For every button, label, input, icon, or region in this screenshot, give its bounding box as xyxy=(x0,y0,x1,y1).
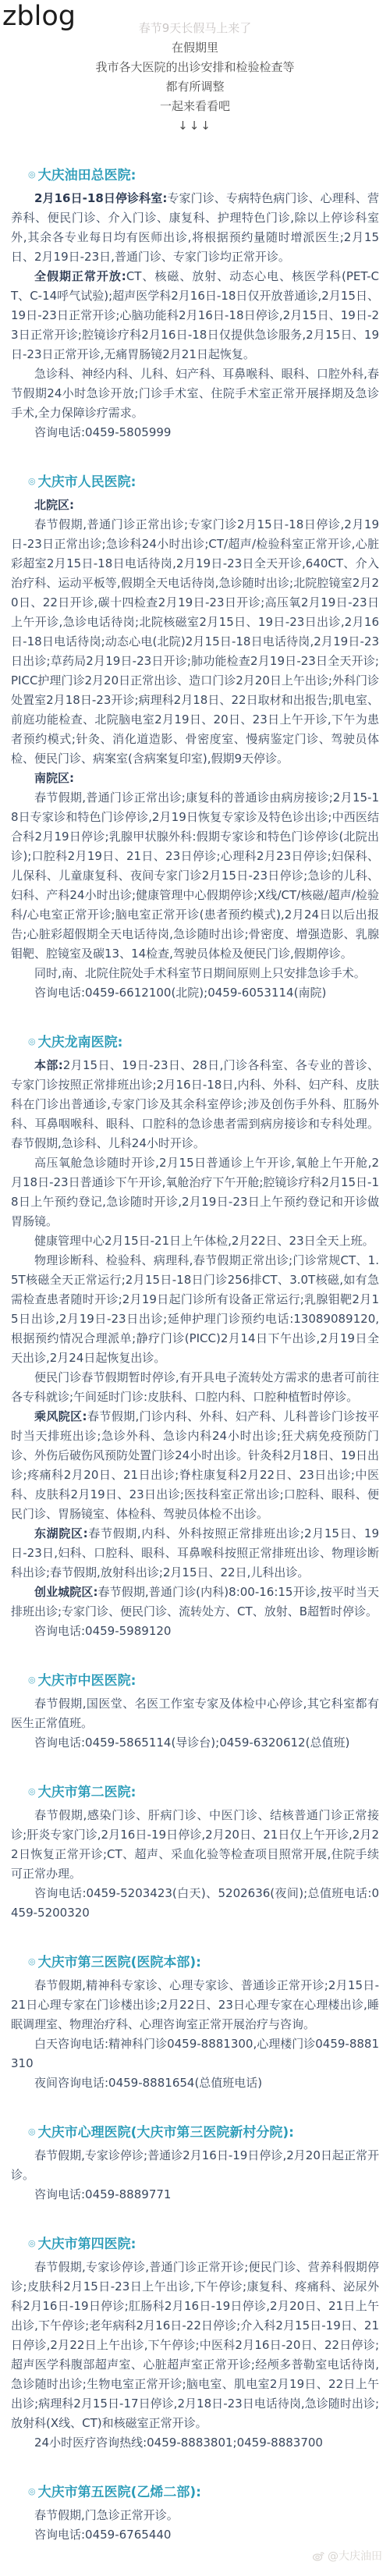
paragraph-text: 咨询电话:0459-6612100(北院);0459-6053114(南院) xyxy=(34,986,326,1000)
paragraph: 北院区: xyxy=(11,496,379,515)
paragraph: 春节假期,精神科专家诊、心理专家诊、普通诊正常开诊;2月15日-21日心理专家在… xyxy=(11,1976,379,2034)
hospital-section-title: ◎大庆市心理医院(大庆市第三医院新村分院): xyxy=(28,2121,379,2144)
paragraph: 咨询电话:0459-5865114(导诊台);0459-6320612(总值班) xyxy=(11,1733,379,1753)
paragraph: 南院区: xyxy=(11,769,379,788)
paragraph-text: 咨询电话:0459-5805999 xyxy=(34,425,171,439)
hospital-section: ◎大庆市第三医院(医院本部):春节假期,精神科专家诊、心理专家诊、普通诊正常开诊… xyxy=(11,1951,379,2093)
paragraph-text: 春节假期,专家诊停诊;普通诊2月16日-19日停诊,2月20日起正常开诊。 xyxy=(11,2148,379,2182)
paragraph: 物理诊断科、检验科、病理科,春节假期正常出诊;门诊常规CT、1.5T核磁全天正常… xyxy=(11,1251,379,1368)
hospital-section: ◎大庆市第四医院:春节假期,专家诊停诊,普通门诊正常开诊;便民门诊、营养科假期停… xyxy=(11,2233,379,2453)
intro-line: 我市各大医院的出诊安排和检验检查等 xyxy=(0,58,390,77)
paragraph-text: 健康管理中心2月15日-21日上午体检,2月22日、23日全天上班。 xyxy=(34,1234,374,1248)
paragraph: 乘风院区:春节假期,门诊内科、外科、妇产科、儿科普诊门诊按平时当天排班出诊;急诊… xyxy=(11,1407,379,1524)
paragraph: 春节假期,门急诊正常开诊。 xyxy=(11,2506,379,2525)
section-bullet-icon: ◎ xyxy=(28,2127,36,2137)
intro-line: 在假期里 xyxy=(0,38,390,58)
paragraph-text: 高压氧舱急诊随时开诊,2月15日普通诊上午开诊,氧舱上午开舱,2月18日-23日… xyxy=(11,1156,379,1228)
paragraph: 高压氧舱急诊随时开诊,2月15日普通诊上午开诊,氧舱上午开舱,2月18日-23日… xyxy=(11,1153,379,1231)
paragraph-text: 春节假期,精神科专家诊、心理专家诊、普通诊正常开诊;2月15日-21日心理专家在… xyxy=(11,1978,379,2031)
paragraph: 春节假期,普通门诊正常出诊;康复科的普通诊由病房接诊;2月15-18日专家诊和特… xyxy=(11,788,379,964)
paragraph-lead: 2月16日-18日停诊科室: xyxy=(34,191,167,205)
paragraph-text: 春节假期,门诊内科、外科、妇产科、儿科普诊门诊按平时当天排班出诊;急诊外科、急诊… xyxy=(11,1409,379,1521)
intro-lines: 在假期里我市各大医院的出诊安排和检验检查等都有所调整一起来看看吧 xyxy=(0,38,390,116)
paragraph-lead: 全假期正常开放: xyxy=(34,269,126,283)
paragraph: 咨询电话:0459-5203423(白天)、5202636(夜间);总值班电话:… xyxy=(11,1884,379,1923)
paragraph-text: 同时,南、北院住院处手术科室节日期间原则上只安排急诊手术。 xyxy=(34,966,366,980)
paragraph-text: 便民门诊春节假期暂时停诊,有开具电子流转处方需求的患者可前往各专科就诊;午间延时… xyxy=(11,1370,379,1404)
paragraph: 2月16日-18日停诊科室:专家门诊、专病特色病门诊、心理科、营养科、便民门诊、… xyxy=(11,189,379,267)
watermark-credit-text: @大庆油田 xyxy=(328,2548,382,2564)
paragraph-lead: 创业城院区: xyxy=(34,1585,97,1599)
hospital-section-title: ◎大庆油田总医院: xyxy=(28,164,379,187)
paragraph-text: 夜间咨询电话:0459-8881654(总值班电话) xyxy=(34,2076,262,2090)
hospital-section: ◎大庆市人民医院:北院区:春节假期,普通门诊正常出诊;专家门诊2月15日-18日… xyxy=(11,471,379,1003)
paragraph: 春节假期,普通门诊正常出诊;专家门诊2月15日-18日停诊,2月19日-23日正… xyxy=(11,515,379,769)
paragraph: 咨询电话:0459-5805999 xyxy=(11,423,379,442)
paragraph-text: 春节假期,普通门诊正常出诊;专家门诊2月15日-18日停诊,2月19日-23日正… xyxy=(11,517,379,766)
paragraph-text: 春节假期,门急诊正常开诊。 xyxy=(34,2508,179,2522)
paragraph-text: 咨询电话:0459-5203423(白天)、5202636(夜间);总值班电话:… xyxy=(11,1886,379,1920)
hospital-section: ◎大庆市第二医院:春节假期,感染门诊、肝病门诊、中医门诊、结核普通门诊正常接诊;… xyxy=(11,1781,379,1923)
paragraph-lead: 南院区: xyxy=(34,771,74,785)
intro-line: 一起来看看吧 xyxy=(0,97,390,116)
watermark-credit: @大庆油田 xyxy=(312,2548,382,2564)
paragraph-text: 春节假期,国医堂、名医工作室专家及体检中心停诊,其它科室都有医生正常值班。 xyxy=(11,1697,379,1730)
paragraph-text: 白天咨询电话:精神科门诊0459-8881300,心理楼门诊0459-88813… xyxy=(11,2037,379,2070)
section-bullet-icon: ◎ xyxy=(28,1675,36,1685)
hospital-section-title: ◎大庆市第五医院(乙烯二部): xyxy=(28,2481,379,2503)
hospital-name: 大庆市心理医院(大庆市第三医院新村分院): xyxy=(38,2125,294,2141)
paragraph: 东湖院区:春节假期,内科、外科按照正常排班出诊;2月15日、19日-23日,妇科… xyxy=(11,1524,379,1583)
paragraph: 便民门诊春节假期暂时停诊,有开具电子流转处方需求的患者可前往各专科就诊;午间延时… xyxy=(11,1368,379,1407)
paragraph: 本部:2月15日、19日-23日、28日,门诊各科室、各专业的普诊、专家门诊按照… xyxy=(11,1056,379,1153)
paragraph-text: 咨询电话:0459-6765440 xyxy=(34,2528,171,2542)
paragraph-text: 咨询电话:0459-5865114(导诊台);0459-6320612(总值班) xyxy=(34,1736,349,1750)
paragraph-text: 2月15日、19日-23日、28日,门诊各科室、各专业的普诊、专家门诊按照正常排… xyxy=(11,1058,379,1150)
zblog-logo: zblog xyxy=(2,2,76,32)
hospital-name: 大庆市第五医院(乙烯二部): xyxy=(38,2485,201,2500)
paragraph-lead: 北院区: xyxy=(34,498,74,512)
section-bullet-icon: ◎ xyxy=(28,1036,36,1046)
section-bullet-icon: ◎ xyxy=(28,169,36,179)
hospital-section-title: ◎大庆市第四医院: xyxy=(28,2233,379,2255)
hospital-section: ◎大庆龙南医院:本部:2月15日、19日-23日、28日,门诊各科室、各专业的普… xyxy=(11,1031,379,1641)
intro-line: 都有所调整 xyxy=(0,77,390,97)
paragraph-lead: 本部: xyxy=(34,1058,63,1072)
paragraph: 健康管理中心2月15日-21日上午体检,2月22日、23日全天上班。 xyxy=(11,1231,379,1251)
hospital-name: 大庆市第四医院: xyxy=(38,2237,136,2252)
hospital-section-title: ◎大庆市第二医院: xyxy=(28,1781,379,1803)
hospital-name: 大庆市第三医院(医院本部): xyxy=(38,1955,201,1970)
paragraph-text: 春节假期,专家诊停诊,普通门诊正常开诊;便民门诊、营养科假期停诊;皮肤科2月15… xyxy=(11,2260,379,2430)
paragraph-lead: 东湖院区: xyxy=(34,1526,88,1540)
paragraph: 白天咨询电话:精神科门诊0459-8881300,心理楼门诊0459-88813… xyxy=(11,2034,379,2073)
weibo-logo-icon xyxy=(312,2550,324,2561)
section-bullet-icon: ◎ xyxy=(28,2238,36,2248)
paragraph-text: 物理诊断科、检验科、病理科,春节假期正常出诊;门诊常规CT、1.5T核磁全天正常… xyxy=(11,1253,379,1365)
section-bullet-icon: ◎ xyxy=(28,1956,36,1967)
paragraph-text: 咨询电话:0459-8889771 xyxy=(34,2187,171,2201)
paragraph: 春节假期,感染门诊、肝病门诊、中医门诊、结核普通门诊正常接诊;肝炎专家门诊,2月… xyxy=(11,1806,379,1884)
paragraph: 春节假期,专家诊停诊,普通门诊正常开诊;便民门诊、营养科假期停诊;皮肤科2月15… xyxy=(11,2258,379,2433)
hospital-section: ◎大庆油田总医院:2月16日-18日停诊科室:专家门诊、专病特色病门诊、心理科、… xyxy=(11,164,379,442)
paragraph-text: 24小时医疗咨询热线:0459-8883801;0459-8883700 xyxy=(34,2436,323,2450)
paragraph: 夜间咨询电话:0459-8881654(总值班电话) xyxy=(11,2073,379,2093)
paragraph: 咨询电话:0459-6765440 xyxy=(11,2525,379,2545)
paragraph: 咨询电话:0459-6612100(北院);0459-6053114(南院) xyxy=(11,983,379,1003)
paragraph: 24小时医疗咨询热线:0459-8883801;0459-8883700 xyxy=(11,2433,379,2453)
paragraph-text: 急诊科、神经内科、儿科、妇产科、耳鼻喉科、眼科、口腔外科,春节假期24小时急诊开… xyxy=(11,367,379,420)
hospital-section-title: ◎大庆市中医医院: xyxy=(28,1669,379,1692)
paragraph: 春节假期,专家诊停诊;普通诊2月16日-19日停诊,2月20日起正常开诊。 xyxy=(11,2146,379,2185)
hospital-section: ◎大庆市第五医院(乙烯二部):春节假期,门急诊正常开诊。咨询电话:0459-67… xyxy=(11,2481,379,2545)
paragraph: 全假期正常开放:CT、核磁、放射、动态心电、核医学科(PET-CT、C-14呼气… xyxy=(11,267,379,364)
paragraph: 咨询电话:0459-8889771 xyxy=(11,2185,379,2205)
paragraph: 同时,南、北院住院处手术科室节日期间原则上只安排急诊手术。 xyxy=(11,964,379,983)
paragraph: 春节假期,国医堂、名医工作室专家及体检中心停诊,其它科室都有医生正常值班。 xyxy=(11,1694,379,1733)
paragraph-text: 咨询电话:0459-5989120 xyxy=(34,1624,171,1638)
hospital-section-title: ◎大庆市第三医院(医院本部): xyxy=(28,1951,379,1974)
paragraph-text: 春节假期,普通门诊正常出诊;康复科的普通诊由病房接诊;2月15-18日专家诊和特… xyxy=(11,791,379,961)
hospital-name: 大庆油田总医院: xyxy=(38,168,136,183)
section-bullet-icon: ◎ xyxy=(28,476,36,486)
paragraph-text: 春节假期,感染门诊、肝病门诊、中医门诊、结核普通门诊正常接诊;肝炎专家门诊,2月… xyxy=(11,1808,379,1881)
paragraph-lead: 乘风院区: xyxy=(34,1409,87,1423)
hospital-section-title: ◎大庆龙南医院: xyxy=(28,1031,379,1053)
hospital-name: 大庆龙南医院: xyxy=(38,1035,123,1050)
down-arrows-icon: ↓↓↓ xyxy=(0,116,390,136)
section-bullet-icon: ◎ xyxy=(28,1786,36,1796)
hospital-section: ◎大庆市中医医院:春节假期,国医堂、名医工作室专家及体检中心停诊,其它科室都有医… xyxy=(11,1669,379,1753)
hospital-section: ◎大庆市心理医院(大庆市第三医院新村分院):春节假期,专家诊停诊;普通诊2月16… xyxy=(11,2121,379,2205)
sections-container: ◎大庆油田总医院:2月16日-18日停诊科室:专家门诊、专病特色病门诊、心理科、… xyxy=(0,164,390,2576)
paragraph: 急诊科、神经内科、儿科、妇产科、耳鼻喉科、眼科、口腔外科,春节假期24小时急诊开… xyxy=(11,364,379,423)
section-bullet-icon: ◎ xyxy=(28,2486,36,2496)
hospital-name: 大庆市中医医院: xyxy=(38,1673,136,1689)
hospital-name: 大庆市人民医院: xyxy=(38,474,136,490)
hospital-name: 大庆市第二医院: xyxy=(38,1785,136,1800)
paragraph: 创业城院区:春节假期,普通门诊(内科)8:00-16:15开诊,按平时当天排班出… xyxy=(11,1583,379,1622)
paragraph: 咨询电话:0459-5989120 xyxy=(11,1622,379,1641)
hospital-section-title: ◎大庆市人民医院: xyxy=(28,471,379,493)
